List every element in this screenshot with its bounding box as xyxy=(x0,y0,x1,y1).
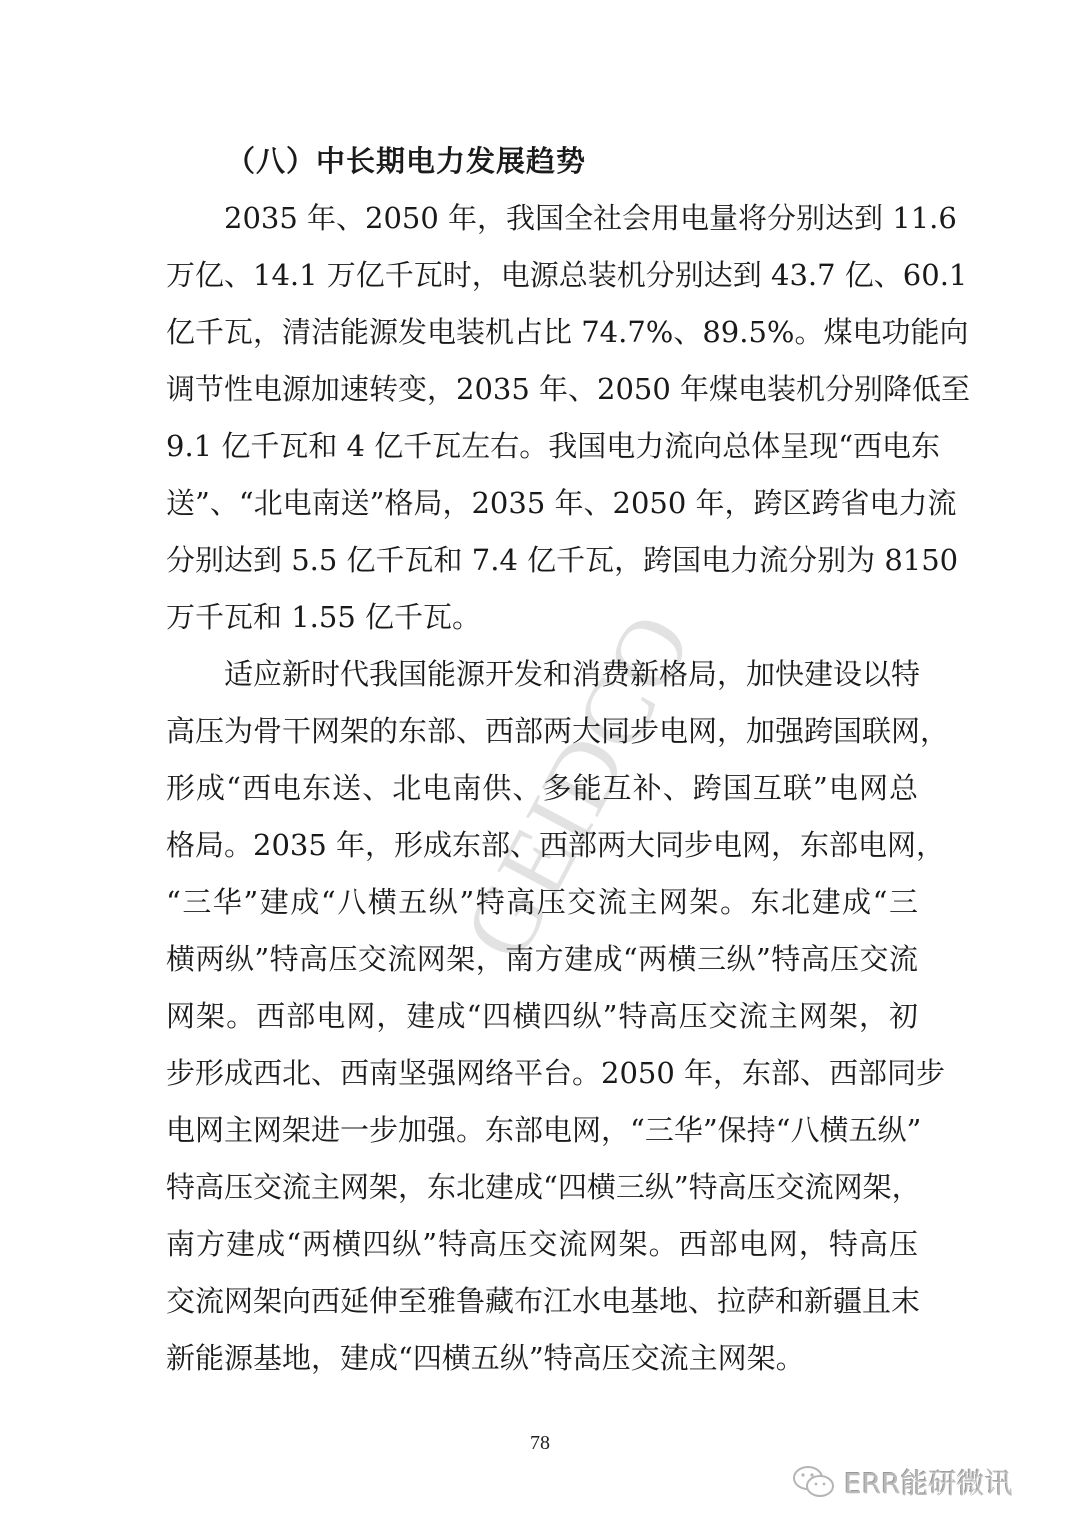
text-line: 特高压交流主网架，东北建成“四横三纵”特高压交流网架， xyxy=(166,1159,918,1216)
text-line: 9.1 亿千瓦和 4 亿千瓦左右。我国电力流向总体呈现“西电东 xyxy=(166,418,918,475)
wechat-icon xyxy=(792,1464,836,1500)
text-line: 亿千瓦，清洁能源发电装机占比 74.7%、89.5%。煤电功能向 xyxy=(166,304,918,361)
text-line: 分别达到 5.5 亿千瓦和 7.4 亿千瓦，跨国电力流分别为 8150 xyxy=(166,532,918,589)
text-line: 万亿、14.1 万亿千瓦时，电源总装机分别达到 43.7 亿、60.1 xyxy=(166,247,918,304)
document-body: （八）中长期电力发展趋势 2035 年、2050 年，我国全社会用电量将分别达到… xyxy=(166,133,918,1387)
paragraph-2: 适应新时代我国能源开发和消费新格局，加快建设以特 高压为骨干网架的东部、西部两大… xyxy=(166,646,918,1387)
text-line: “三华”建成“八横五纵”特高压交流主网架。东北建成“三 xyxy=(166,874,918,931)
text-line: 格局。2035 年，形成东部、西部两大同步电网，东部电网， xyxy=(166,817,918,874)
text-line: 适应新时代我国能源开发和消费新格局，加快建设以特 xyxy=(166,646,918,703)
text-line: 高压为骨干网架的东部、西部两大同步电网，加强跨国联网， xyxy=(166,703,918,760)
text-line: 交流网架向西延伸至雅鲁藏布江水电基地、拉萨和新疆且末 xyxy=(166,1273,918,1330)
text-line: 送”、“北电南送”格局，2035 年、2050 年，跨区跨省电力流 xyxy=(166,475,918,532)
paragraph-1: 2035 年、2050 年，我国全社会用电量将分别达到 11.6 万亿、14.1… xyxy=(166,190,918,646)
text-line: 南方建成“两横四纵”特高压交流网架。西部电网，特高压 xyxy=(166,1216,918,1273)
source-brand: ERR能研微讯 xyxy=(792,1462,1013,1502)
text-line: 形成“西电东送、北电南供、多能互补、跨国互联”电网总 xyxy=(166,760,918,817)
text-line: 网架。西部电网，建成“四横四纵”特高压交流主网架，初 xyxy=(166,988,918,1045)
text-line: 电网主网架进一步加强。东部电网，“三华”保持“八横五纵” xyxy=(166,1102,918,1159)
text-line: 调节性电源加速转变，2035 年、2050 年煤电装机分别降低至 xyxy=(166,361,918,418)
page-number: 78 xyxy=(0,1432,1080,1455)
text-line: 新能源基地，建成“四横五纵”特高压交流主网架。 xyxy=(166,1330,918,1387)
text-line: 2035 年、2050 年，我国全社会用电量将分别达到 11.6 xyxy=(166,190,918,247)
document-page: GEIDCO （八）中长期电力发展趋势 2035 年、2050 年，我国全社会用… xyxy=(0,0,1080,1527)
text-line: 横两纵”特高压交流网架，南方建成“两横三纵”特高压交流 xyxy=(166,931,918,988)
text-line: 步形成西北、西南坚强网络平台。2050 年，东部、西部同步 xyxy=(166,1045,918,1102)
brand-label: ERR能研微讯 xyxy=(844,1462,1013,1502)
section-heading: （八）中长期电力发展趋势 xyxy=(166,133,918,190)
text-line: 万千瓦和 1.55 亿千瓦。 xyxy=(166,589,918,646)
